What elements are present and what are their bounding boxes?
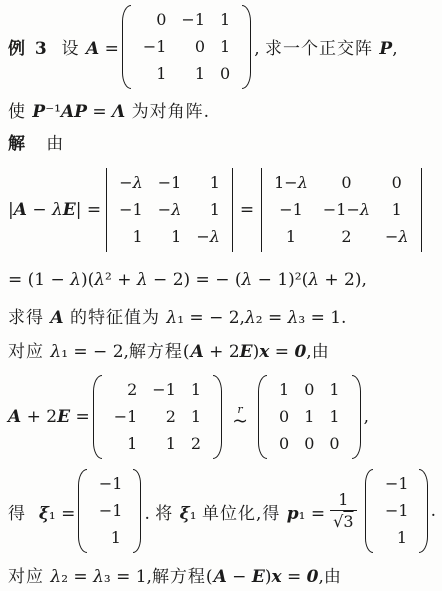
xi1-lead: 得 ξ₁ = bbox=[8, 499, 75, 524]
tilde-icon: ~ bbox=[232, 415, 248, 428]
case-lambda23-line: 对应 λ₂ = λ₃ = 1,解方程(A − E)x = 0,由 bbox=[8, 557, 436, 591]
char-poly-factored-line: = (1 − λ)(λ² + λ − 2) = − (λ − 1)²(λ + 2… bbox=[8, 262, 436, 299]
matrix-a: 0−11−101110 bbox=[122, 5, 251, 89]
p1-grid: −1−11 bbox=[376, 469, 416, 553]
a-plus-2e-grid: 2−11−121112 bbox=[105, 375, 210, 459]
factored-polynomial-text: = (1 − λ)(λ² + λ − 2) = − (λ − 1)²(λ + 2… bbox=[8, 270, 367, 290]
matrix-a-plus-2e: 2−11−121112 bbox=[93, 375, 222, 459]
left-paren bbox=[78, 469, 86, 553]
right-paren bbox=[213, 375, 222, 459]
row-equiv-symbol: r ~ bbox=[232, 405, 248, 428]
right-paren bbox=[352, 375, 361, 459]
frac-denominator-sqrt3: √3 bbox=[330, 510, 356, 532]
reduction-tail: , bbox=[364, 407, 369, 427]
det2-grid: 1−λ00−1−1−λ112−λ bbox=[262, 168, 420, 252]
right-paren bbox=[242, 5, 251, 89]
case-lambda1-text: 对应 λ₁ = − 2,解方程(A + 2E)x = 0,由 bbox=[8, 337, 330, 362]
det-bar-right bbox=[421, 168, 422, 252]
left-paren bbox=[93, 375, 102, 459]
vector-xi1: −1−11 bbox=[78, 469, 141, 553]
det1-grid: −λ−11−1−λ111−λ bbox=[107, 168, 232, 252]
char-poly-det-line: |A − λE| = −λ−11−1−λ111−λ = 1−λ00−1−1−λ1… bbox=[8, 157, 436, 262]
matrix-a-grid: 0−11−101110 bbox=[134, 5, 239, 89]
solution-label: 解 由 bbox=[8, 129, 64, 154]
left-paren bbox=[258, 375, 267, 459]
case-lambda23-text: 对应 λ₂ = λ₃ = 1,解方程(A − E)x = 0,由 bbox=[8, 562, 342, 587]
a-plus-2e-lead: A + 2E = bbox=[8, 407, 90, 427]
det-equals: = bbox=[240, 200, 254, 220]
solution-label-line: 解 由 bbox=[8, 127, 436, 158]
normalize-text: . 将 ξ₁ 单位化,得 p₁ = bbox=[144, 499, 325, 524]
matrix-reduction-line: A + 2E = 2−11−121112 r ~ 101011000 , bbox=[8, 368, 436, 466]
left-paren bbox=[122, 5, 131, 89]
right-paren bbox=[419, 469, 427, 553]
eigenvalues-text: 求得 A 的特征值为 λ₁ = − 2,λ₂ = λ₃ = 1. bbox=[8, 303, 346, 328]
frac-numerator: 1 bbox=[335, 491, 351, 509]
example-tail-text: , 求一个正交阵 P, bbox=[254, 34, 397, 59]
det-transformed: 1−λ00−1−1−λ112−λ bbox=[261, 168, 421, 252]
xi1-grid: −1−11 bbox=[90, 469, 130, 553]
right-paren bbox=[133, 469, 141, 553]
det-a-minus-lambda-e: −λ−11−1−λ111−λ bbox=[106, 168, 233, 252]
rref-grid: 101011000 bbox=[270, 375, 349, 459]
det-bar-right bbox=[232, 168, 233, 252]
left-paren bbox=[365, 469, 373, 553]
eigenvalues-line: 求得 A 的特征值为 λ₁ = − 2,λ₂ = λ₃ = 1. bbox=[8, 298, 436, 332]
goal-text: 使 P⁻¹AP = Λ 为对角阵. bbox=[8, 97, 210, 122]
eigenvector-tail: . bbox=[431, 501, 436, 521]
goal-line: 使 P⁻¹AP = Λ 为对角阵. bbox=[8, 92, 436, 127]
det-lead-text: |A − λE| = bbox=[8, 200, 101, 220]
textbook-page: 例 3 设 A = 0−11−101110 , 求一个正交阵 P, 使 P⁻¹A… bbox=[0, 0, 442, 591]
case-lambda1-line: 对应 λ₁ = − 2,解方程(A + 2E)x = 0,由 bbox=[8, 332, 436, 368]
eigenvector-line: 得 ξ₁ = −1−11 . 将 ξ₁ 单位化,得 p₁ = 1 √3 −1−1… bbox=[8, 466, 436, 558]
matrix-rref: 101011000 bbox=[258, 375, 361, 459]
vector-p1: −1−11 bbox=[365, 469, 428, 553]
example-lead-text: 例 3 设 A = bbox=[8, 34, 119, 59]
example-heading-line: 例 3 设 A = 0−11−101110 , 求一个正交阵 P, bbox=[8, 2, 436, 92]
frac-1-over-sqrt3: 1 √3 bbox=[330, 491, 356, 531]
